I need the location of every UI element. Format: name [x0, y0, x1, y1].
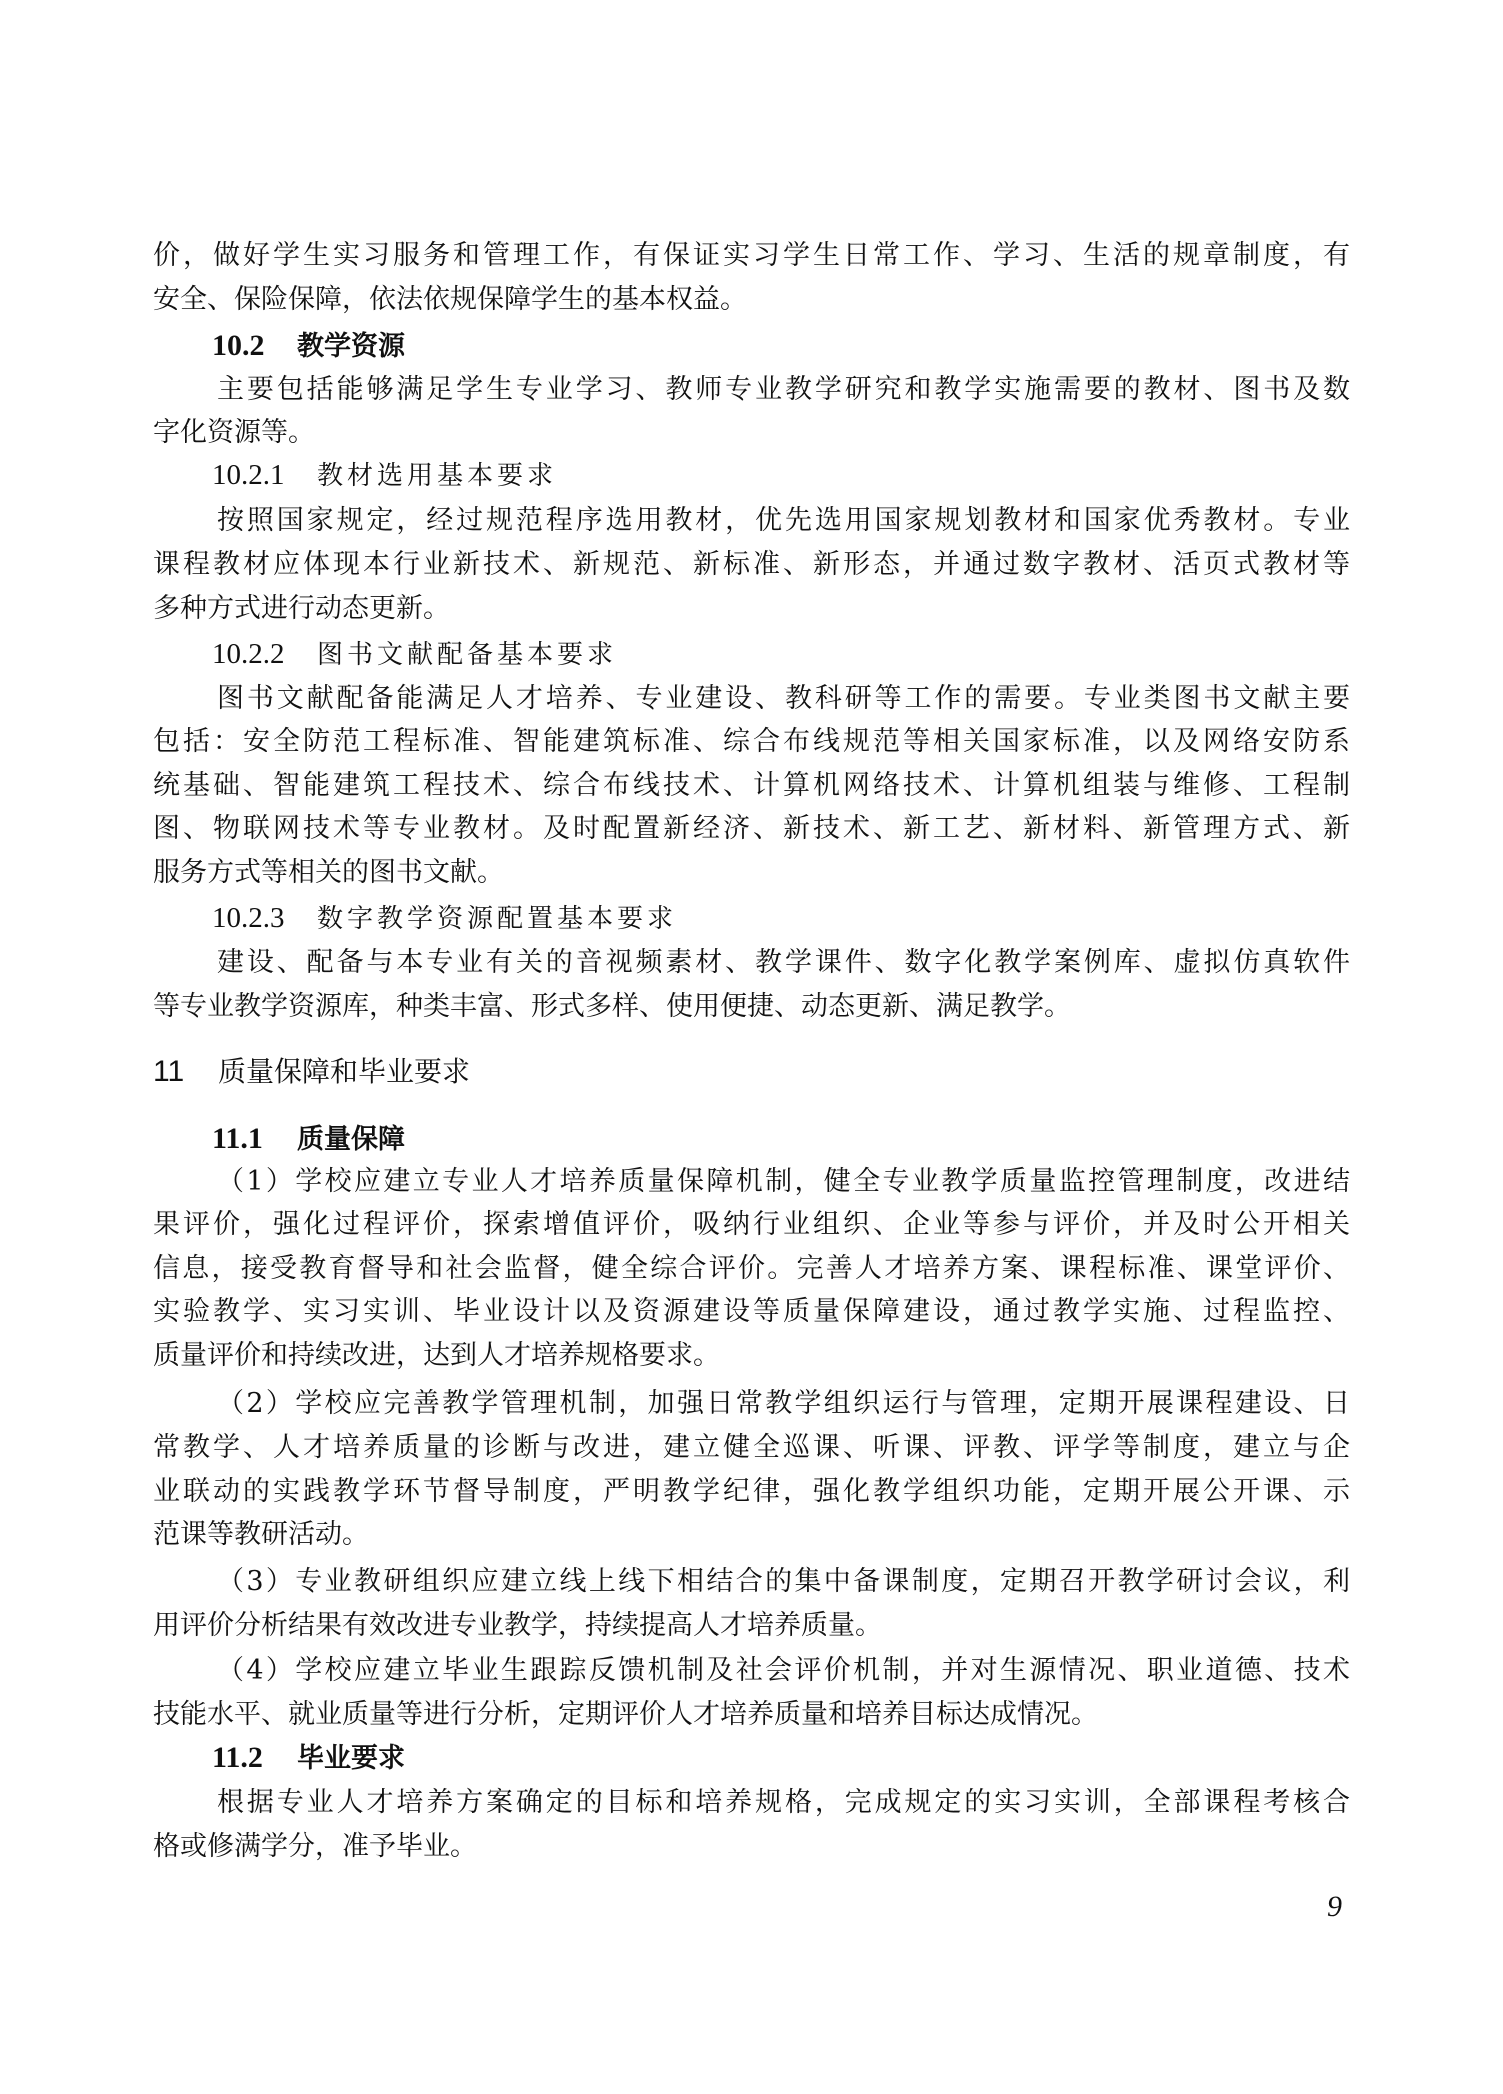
paragraph-line: 业联动的实践教学环节督导制度，严明教学纪律，强化教学组织功能，定期开展公开课、示 — [153, 1470, 1350, 1514]
subsection-title: 教材选用基本要求 — [317, 461, 557, 491]
subsection-heading-10-2-2: 10.2.2图书文献配备基本要求 — [212, 632, 617, 676]
paragraph-line: 图书文献配备能满足人才培养、专业建设、教科研等工作的需要。专业类图书文献主要 — [217, 677, 1350, 721]
subsection-heading-10-2-3: 10.2.3数字教学资源配置基本要求 — [212, 896, 677, 940]
paragraph-line: 图、物联网技术等专业教材。及时配置新经济、新技术、新工艺、新材料、新管理方式、新 — [153, 807, 1350, 851]
paragraph-line: 实验教学、实习实训、毕业设计以及资源建设等质量保障建设，通过教学实施、过程监控、 — [153, 1290, 1350, 1334]
paragraph-line: 信息，接受教育督导和社会监督，健全综合评价。完善人才培养方案、课程标准、课堂评价… — [153, 1247, 1350, 1291]
subsection-number: 10.2.2 — [212, 632, 317, 676]
section-number: 11.2 — [212, 1736, 297, 1780]
paragraph-line: 用评价分析结果有效改进专业教学，持续提高人才培养质量。 — [153, 1604, 1350, 1648]
paragraph-line: （4）学校应建立毕业生跟踪反馈机制及社会评价机制，并对生源情况、职业道德、技术 — [217, 1649, 1350, 1693]
paragraph-line: （1）学校应建立专业人才培养质量保障机制，健全专业教学质量监控管理制度，改进结 — [217, 1160, 1350, 1204]
section-heading-10-2: 10.2教学资源 — [212, 324, 405, 368]
chapter-title: 质量保障和毕业要求 — [218, 1055, 470, 1088]
paragraph-line: 格或修满学分，准予毕业。 — [153, 1825, 1350, 1869]
chapter-heading-11: 11质量保障和毕业要求 — [153, 1047, 470, 1097]
paragraph-line: 课程教材应体现本行业新技术、新规范、新标准、新形态，并通过数字教材、活页式教材等 — [153, 543, 1350, 587]
paragraph-line: 技能水平、就业质量等进行分析，定期评价人才培养质量和培养目标达成情况。 — [153, 1693, 1350, 1737]
paragraph-line: 常教学、人才培养质量的诊断与改进，建立健全巡课、听课、评教、评学等制度，建立与企 — [153, 1426, 1350, 1470]
paragraph-line: 根据专业人才培养方案确定的目标和培养规格，完成规定的实习实训，全部课程考核合 — [217, 1781, 1350, 1825]
section-number: 10.2 — [212, 324, 297, 368]
subsection-number: 10.2.1 — [212, 453, 317, 497]
section-title: 教学资源 — [297, 331, 405, 362]
paragraph-line: 主要包括能够满足学生专业学习、教师专业教学研究和教学实施需要的教材、图书及数 — [217, 368, 1350, 412]
section-number: 11.1 — [212, 1117, 297, 1161]
document-page: 价，做好学生实习服务和管理工作，有保证实习学生日常工作、学习、生活的规章制度，有… — [0, 0, 1503, 2094]
paragraph-line: 等专业教学资源库，种类丰富、形式多样、使用便捷、动态更新、满足教学。 — [153, 985, 1350, 1029]
subsection-title: 图书文献配备基本要求 — [317, 640, 617, 670]
subsection-heading-10-2-1: 10.2.1教材选用基本要求 — [212, 453, 557, 497]
paragraph-line: 服务方式等相关的图书文献。 — [153, 851, 1350, 895]
paragraph-line: 建设、配备与本专业有关的音视频素材、教学课件、数字化教学案例库、虚拟仿真软件 — [217, 941, 1350, 985]
section-title: 质量保障 — [297, 1124, 405, 1155]
paragraph-line: 统基础、智能建筑工程技术、综合布线技术、计算机网络技术、计算机组装与维修、工程制 — [153, 764, 1350, 808]
paragraph-line: 包括：安全防范工程标准、智能建筑标准、综合布线规范等相关国家标准，以及网络安防系 — [153, 720, 1350, 764]
page-number: 9 — [1327, 1890, 1342, 1924]
subsection-number: 10.2.3 — [212, 896, 317, 940]
paragraph-line: 多种方式进行动态更新。 — [153, 587, 1350, 631]
paragraph-line: 价，做好学生实习服务和管理工作，有保证实习学生日常工作、学习、生活的规章制度，有 — [153, 234, 1350, 278]
section-heading-11-2: 11.2毕业要求 — [212, 1736, 405, 1780]
paragraph-line: （3）专业教研组织应建立线上线下相结合的集中备课制度，定期召开教学研讨会议，利 — [217, 1560, 1350, 1604]
section-title: 毕业要求 — [297, 1743, 405, 1774]
paragraph-line: 果评价，强化过程评价，探索增值评价，吸纳行业组织、企业等参与评价，并及时公开相关 — [153, 1203, 1350, 1247]
paragraph-line: 按照国家规定，经过规范程序选用教材，优先选用国家规划教材和国家优秀教材。专业 — [217, 499, 1350, 543]
subsection-title: 数字教学资源配置基本要求 — [317, 904, 677, 934]
paragraph-line: 字化资源等。 — [153, 411, 1350, 455]
paragraph-line: 质量评价和持续改进，达到人才培养规格要求。 — [153, 1334, 1350, 1378]
paragraph-line: 安全、保险保障，依法依规保障学生的基本权益。 — [153, 278, 1350, 322]
paragraph-line: 范课等教研活动。 — [153, 1513, 1350, 1557]
section-heading-11-1: 11.1质量保障 — [212, 1117, 405, 1161]
paragraph-line: （2）学校应完善教学管理机制，加强日常教学组织运行与管理，定期开展课程建设、日 — [217, 1382, 1350, 1426]
chapter-number: 11 — [153, 1047, 218, 1097]
